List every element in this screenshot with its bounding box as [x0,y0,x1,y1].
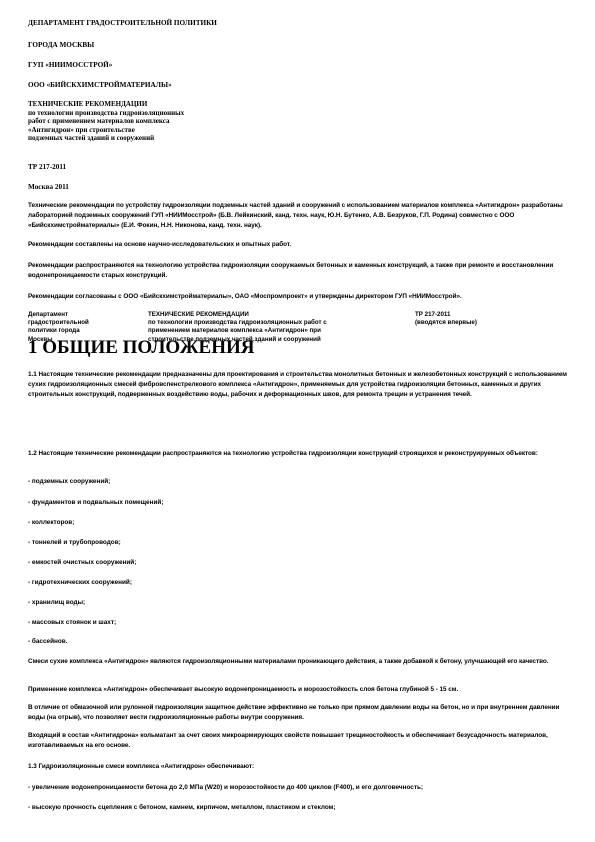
list-item: - подземных сооружений; [28,477,110,487]
city-year: Москва 2011 [28,183,69,192]
info-cell: ТЕХНИЧЕСКИЕ РЕКОМЕНДАЦИИ [148,311,408,319]
header-line: ГУП «НИИМОССТРОЙ» [28,61,112,70]
paragraph-1-1: 1.1 Настоящие технические рекомендации п… [28,370,568,401]
list-item: - хранилищ воды; [28,598,85,608]
info-cell: по технологии производства гидроизоляцио… [148,319,408,327]
intro-paragraph: Рекомендации распространяются на техноло… [28,261,568,281]
title-line: подземных частей зданий и сооружений [28,134,184,143]
header-line: ГОРОДА МОСКВЫ [28,41,94,50]
intro-paragraph: Технические рекомендации по устройству г… [28,201,568,232]
info-cell: (вводятся впервые) [415,319,535,327]
title-line: по технологии производства гидроизоляцио… [28,109,184,118]
paragraph: В отличие от обмазочной или рулонной гид… [28,703,568,723]
list-item: - увеличение водонепроницаемости бетона … [28,783,423,793]
title-block: ТЕХНИЧЕСКИЕ РЕКОМЕНДАЦИИ по технологии п… [28,100,184,143]
paragraph-1-3: 1.3 Гидроизоляционные смеси комплекса «А… [28,762,568,772]
list-item: - бассейнов. [28,637,67,647]
info-cell: Департамент [28,311,138,319]
paragraph-1-2: 1.2 Настоящие технические рекомендации р… [28,449,568,459]
list-item: - высокую прочность сцепления с бетоном,… [28,803,336,813]
list-item: - коллекторов; [28,518,74,528]
header-line: ООО «БИЙСКХИМСТРОЙМАТЕРИАЛЫ» [28,81,172,90]
list-item: - гидротехнических сооружений; [28,578,132,588]
info-cell: применением материалов комплекса «Антиги… [148,327,408,335]
list-item: - тоннелей и трубопроводов; [28,538,121,548]
paragraph: Смеси сухие комплекса «Антигидрон» являю… [28,657,568,667]
title-line: работ с применением материалов комплекса [28,117,184,126]
info-col-code: ТР 217-2011 (вводятся впервые) [415,311,535,327]
paragraph: Применение комплекса «Антигидрон» обеспе… [28,685,568,695]
info-cell: ТР 217-2011 [415,311,535,319]
info-cell: политики города [28,327,138,335]
list-item: - фундаментов и подвальных помещений; [28,498,163,508]
list-item: - емкостей очистных сооружений; [28,558,136,568]
document-code: ТР 217-2011 [28,163,66,172]
section-heading: 1 ОБЩИЕ ПОЛОЖЕНИЯ [28,336,254,360]
title-heading: ТЕХНИЧЕСКИЕ РЕКОМЕНДАЦИИ [28,100,184,109]
paragraph: Входящий в состав «Антигидрона» кольмата… [28,731,568,751]
header-line: ДЕПАРТАМЕНТ ГРАДОСТРОИТЕЛЬНОЙ ПОЛИТИКИ [28,19,217,28]
title-line: «Антигидрон» при строительстве [28,126,184,135]
intro-paragraph: Рекомендации согласованы с ООО «Бийскхим… [28,292,568,302]
list-item: - массовых стоянок и шахт; [28,618,116,628]
intro-paragraph: Рекомендации составлены на основе научно… [28,240,568,250]
info-cell: градостроительной [28,319,138,327]
